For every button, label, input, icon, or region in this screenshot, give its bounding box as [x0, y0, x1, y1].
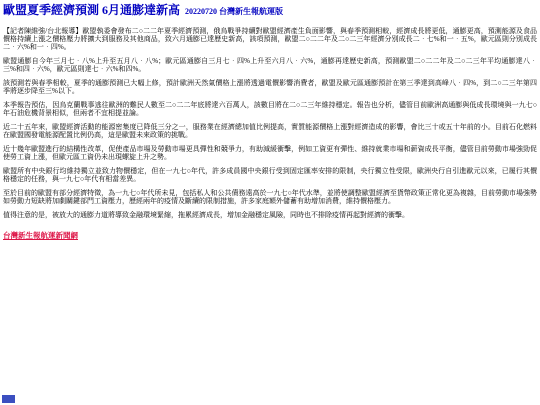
article-paragraph: 近十幾年歐盟進行的結構性改革，促使產品市場及勞動市場更具彈性和競爭力，有助減緩衝… — [3, 145, 537, 161]
article-paragraph: 【記者陳維強/台北報導】歐盟執委會發布二○二二年夏季經濟預測，俄烏戰爭持續對歐盟… — [3, 27, 537, 51]
article-paragraph: 該預測若與春季相較，夏季的通膨預測已大幅上修，預計歐洲天然氣價格上漲將透過電價影… — [3, 79, 537, 95]
article-page: 歐盟夏季經濟預測 6月通膨達新高20220720 台灣新生報航運版 【記者陳維強… — [0, 0, 540, 243]
article-paragraph: 至於目前的歐盟有部分經濟特徵，為一九七○年代所未見，包括私人和公共債務遠高於一九… — [3, 189, 537, 205]
footer-news-site-link[interactable]: 台灣新生報航運新聞網 — [3, 231, 78, 240]
article-paragraph: 值得注意的是，被放大的通膨力道將導致金融環境緊縮，拖累經濟成長，增加金融穩定風險… — [3, 211, 537, 219]
article-paragraph: 近二十五年來，歐盟經濟活動的能源密集度已降低三分之一，服務業在經濟總加值比例提高… — [3, 123, 537, 139]
article-paragraph: 歐盟通膨自今年三月七‧八%上升至五月八‧八%；歐元區通膨自三月七‧四%上升至六月… — [3, 57, 537, 73]
article-paragraph: 歐盟所有中央銀行均維持獨立並致力物價穩定，但在一九七○年代，許多成員國中央銀行受… — [3, 167, 537, 183]
article-dateline: 20220720 台灣新生報航運版 — [185, 7, 283, 16]
article-paragraph: 本季報告預估，因烏克蘭戰事逃往歐洲的難民人數至二○二二年底將達六百萬人，該數目將… — [3, 101, 537, 117]
article-title: 歐盟夏季經濟預測 6月通膨達新高20220720 台灣新生報航運版 — [3, 3, 537, 19]
article-title-text: 歐盟夏季經濟預測 6月通膨達新高 — [3, 3, 180, 17]
bottom-left-image-fragment — [2, 395, 15, 403]
